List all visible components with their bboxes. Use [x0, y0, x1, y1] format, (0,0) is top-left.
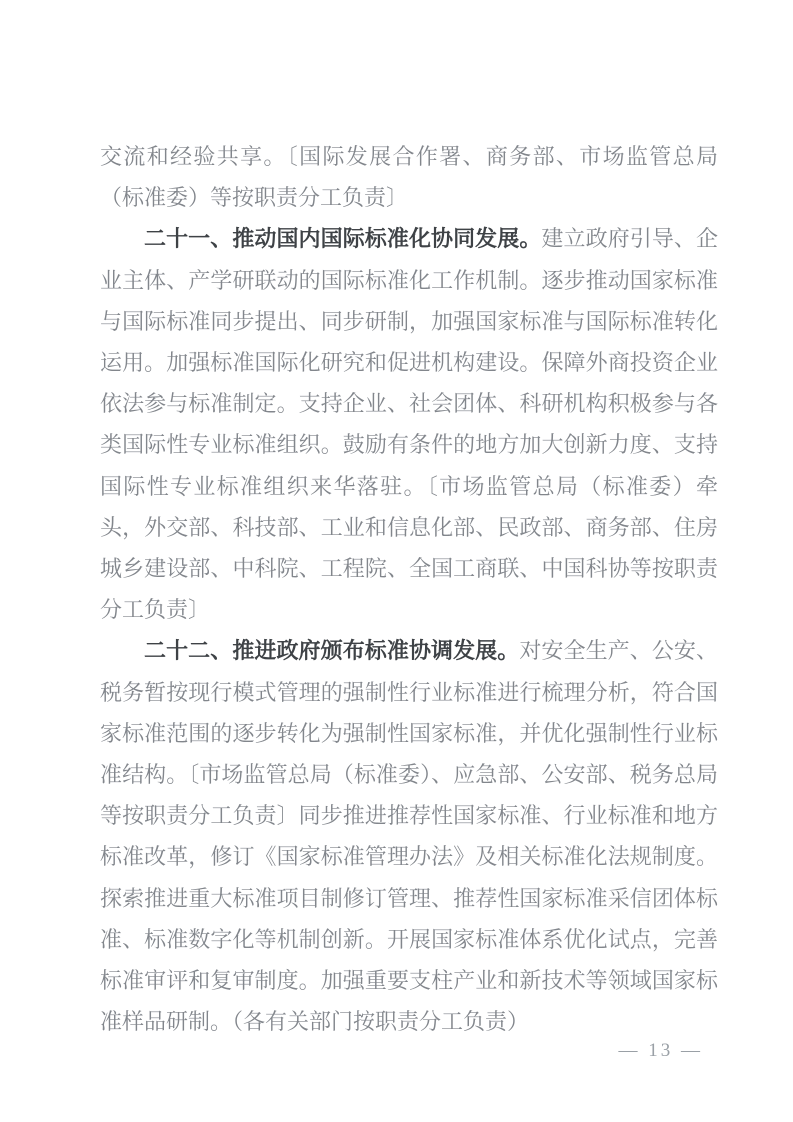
page-number: — 13 — — [619, 1040, 704, 1062]
document-page: 交流和经验共享。〔国际发展合作署、商务部、市场监管总局（标准委）等按职责分工负责… — [0, 0, 793, 1122]
paragraph: 交流和经验共享。〔国际发展合作署、商务部、市场监管总局（标准委）等按职责分工负责… — [100, 136, 718, 218]
paragraph: 二十一、推动国内国际标准化协同发展。建立政府引导、企业主体、产学研联动的国际标准… — [100, 218, 718, 630]
paragraph-text: 对安全生产、公安、税务暂按现行模式管理的强制性行业标准进行梳理分析，符合国家标准… — [100, 638, 718, 1034]
section-heading: 二十一、推动国内国际标准化协同发展。 — [144, 226, 541, 251]
paragraph-text: 交流和经验共享。〔国际发展合作署、商务部、市场监管总局（标准委）等按职责分工负责… — [100, 144, 718, 210]
paragraph: 二十二、推进政府颁布标准协调发展。对安全生产、公安、税务暂按现行模式管理的强制性… — [100, 630, 718, 1042]
document-body: 交流和经验共享。〔国际发展合作署、商务部、市场监管总局（标准委）等按职责分工负责… — [100, 136, 718, 1042]
section-heading: 二十二、推进政府颁布标准协调发展。 — [144, 638, 519, 663]
paragraph-text: 建立政府引导、企业主体、产学研联动的国际标准化工作机制。逐步推动国家标准与国际标… — [100, 226, 718, 622]
